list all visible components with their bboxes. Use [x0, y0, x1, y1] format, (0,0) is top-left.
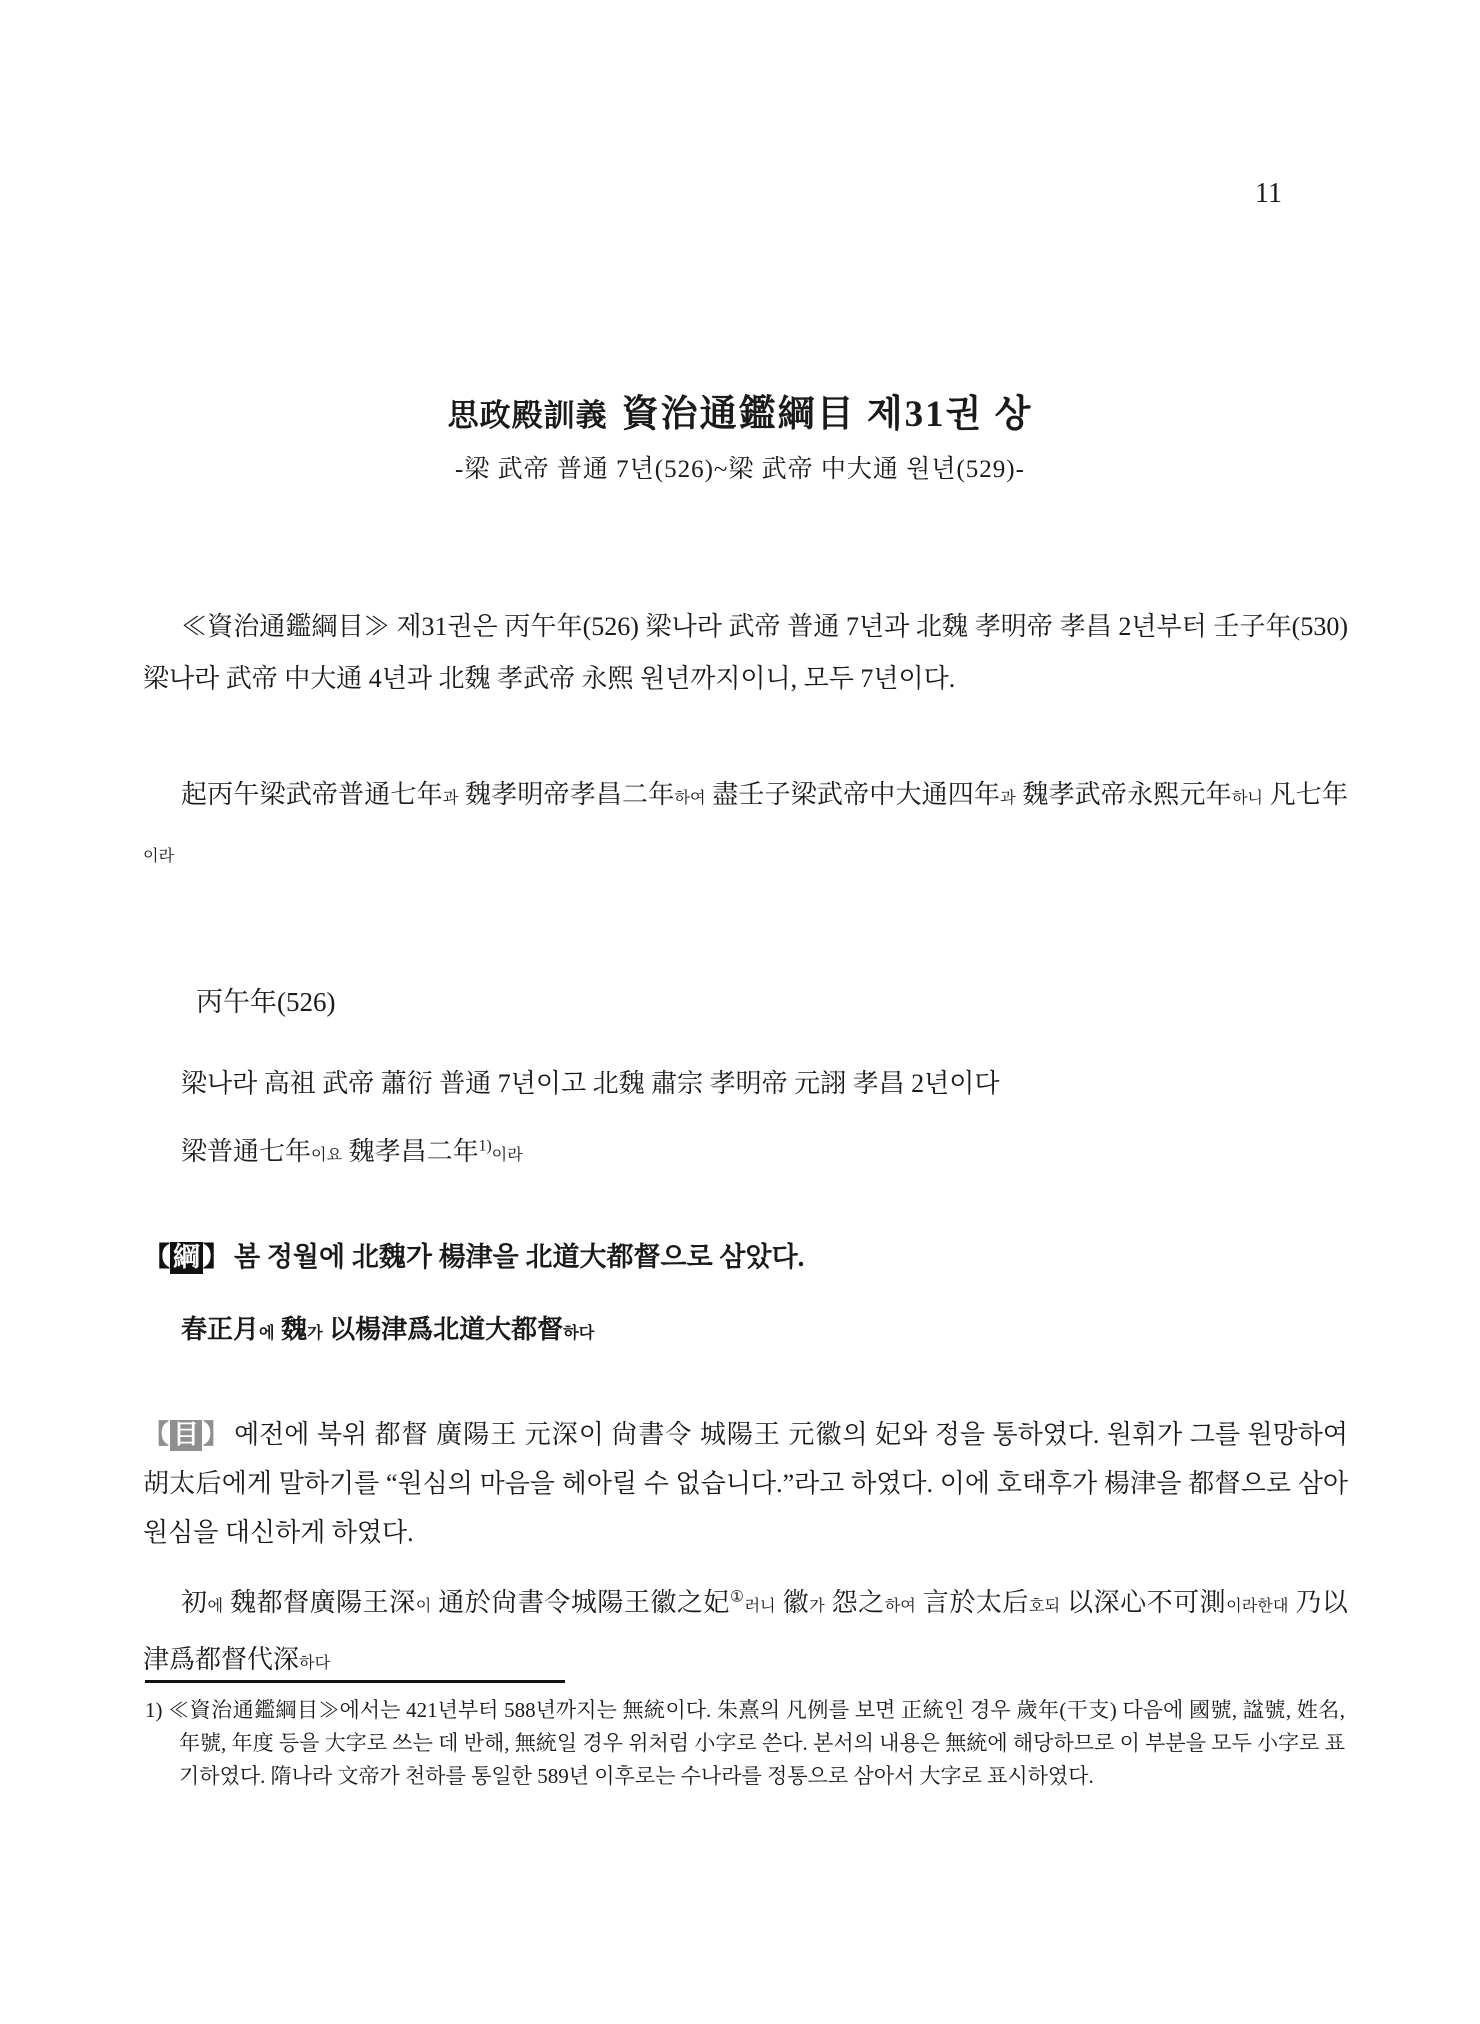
footnote-marker: 1)	[145, 1698, 163, 1722]
document-page: 11 思政殿訓義資治通鑑綱目 제31권 상 -梁 武帝 普通 7년(526)~梁…	[0, 0, 1480, 2024]
gang-marker-close-bracket: 】	[203, 1242, 230, 1272]
gang-korean-text: 봄 정월에 北魏가 楊津을 北道大都督으로 삼았다.	[234, 1242, 804, 1272]
mok-paragraph-korean: 【目】예전에 북위 都督 廣陽王 元深이 尙書令 城陽王 元徽의 妃와 정을 통…	[143, 1410, 1348, 1557]
mok-marker-open-bracket: 【	[143, 1420, 170, 1449]
intro-paragraph-korean: ≪資治通鑑綱目≫ 제31권은 丙午年(526) 梁나라 武帝 普通 7년과 北魏…	[143, 601, 1348, 705]
title-prefix: 思政殿訓義	[448, 398, 608, 433]
intro-paragraph-hanmun: 起丙午梁武帝普通七年과 魏孝明帝孝昌二年하여 盡壬子梁武帝中大通四年과 魏孝武帝…	[143, 768, 1348, 884]
year-paragraph-korean: 梁나라 高祖 武帝 蕭衍 普通 7년이고 北魏 肅宗 孝明帝 元詡 孝昌 2년이…	[143, 1058, 1348, 1110]
mok-marker-char: 目	[170, 1420, 202, 1451]
title-main: 資治通鑑綱目 제31권 상	[622, 394, 1033, 435]
footnote-text: ≪資治通鑑綱目≫에서는 421년부터 588년까지는 無統이다. 朱熹의 凡例를…	[168, 1698, 1345, 1788]
footnote-separator-rule	[145, 1680, 565, 1683]
gang-paragraph-hanmun: 春正月에 魏가 以楊津爲北道大都督하다	[143, 1304, 1348, 1360]
page-number: 11	[1255, 178, 1282, 210]
year-paragraph-hanmun: 梁普通七年이요 魏孝昌二年1)이라	[143, 1126, 1348, 1182]
mok-korean-text: 예전에 북위 都督 廣陽王 元深이 尙書令 城陽王 元徽의 妃와 정을 통하였다…	[143, 1420, 1348, 1547]
mok-marker-close-bracket: 】	[202, 1420, 230, 1449]
mok-marker: 【目】	[143, 1420, 230, 1449]
gang-marker-open-bracket: 【	[143, 1242, 170, 1272]
year-heading: 丙午年(526)	[196, 980, 335, 1019]
mok-paragraph-hanmun: 初에 魏都督廣陽王深이 通於尙書令城陽王徽之妃①러니 徽가 怨之하여 言於太后호…	[143, 1576, 1348, 1690]
gang-marker: 【綱】	[143, 1242, 230, 1272]
gang-paragraph-korean: 【綱】봄 정월에 北魏가 楊津을 北道大都督으로 삼았다.	[143, 1235, 1348, 1279]
gang-marker-char: 綱	[170, 1242, 203, 1274]
title-subtitle: -梁 武帝 普通 7년(526)~梁 武帝 中大通 원년(529)-	[0, 449, 1480, 485]
footnote: 1) ≪資治通鑑綱目≫에서는 421년부터 588년까지는 無統이다. 朱熹의 …	[145, 1694, 1345, 1793]
page-title: 思政殿訓義資治通鑑綱目 제31권 상	[0, 383, 1480, 437]
